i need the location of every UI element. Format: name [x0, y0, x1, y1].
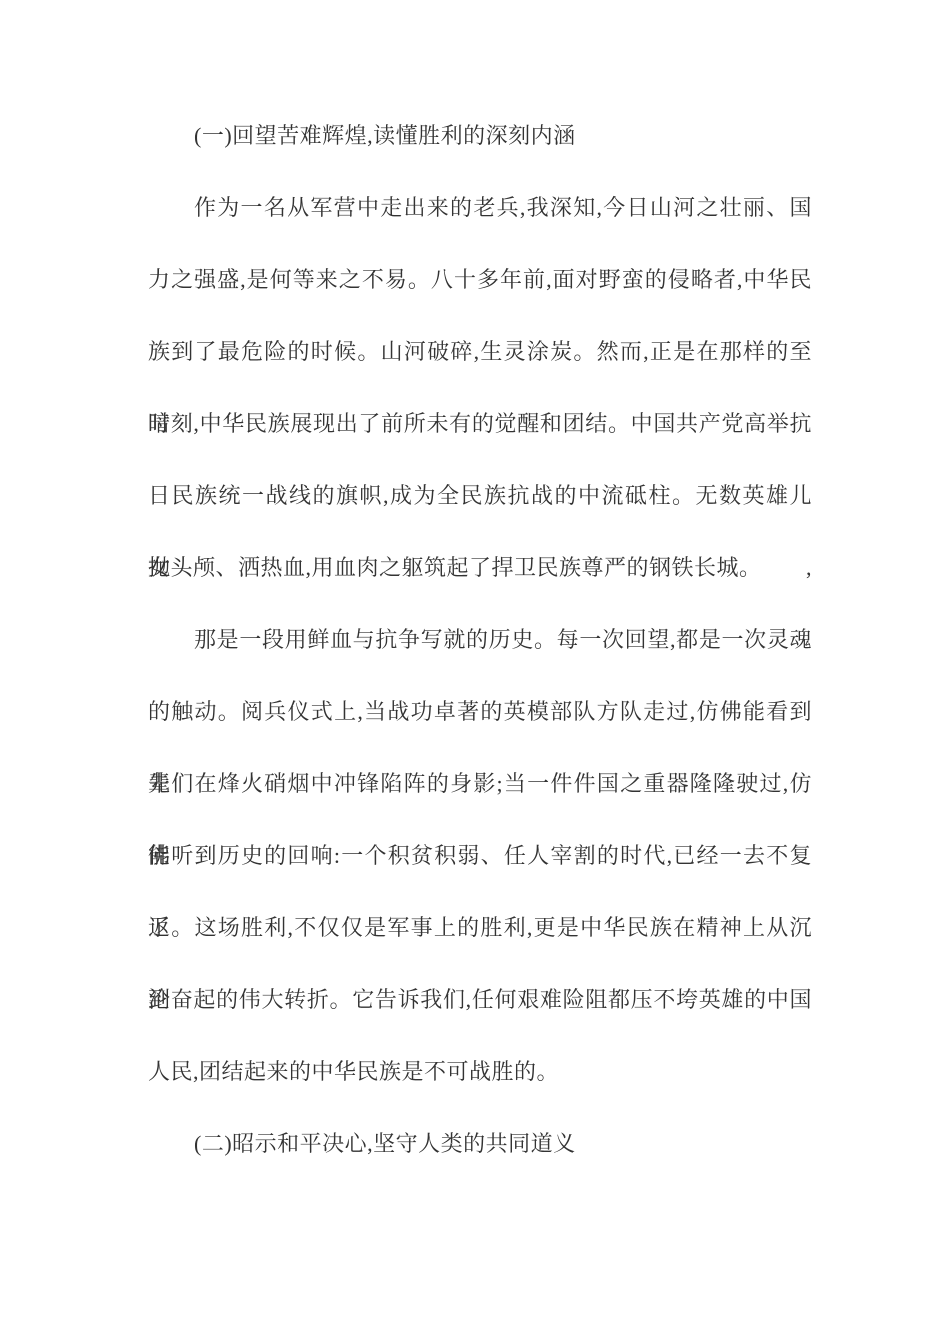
paragraph-2-line-4: 能听到历史的回响:一个积贫积弱、任人宰割的时代,已经一去不复返 — [148, 820, 812, 892]
paragraph-2-line-2: 的触动。阅兵仪式上,当战功卓著的英模部队方队走过,仿佛能看到先 — [148, 676, 812, 748]
paragraph-2-line-1: 那是一段用鲜血与抗争写就的历史。每一次回望,都是一次灵魂 — [148, 604, 812, 676]
paragraph-1-line-6: 抛头颅、洒热血,用血肉之躯筑起了捍卫民族尊严的钢铁长城。 — [148, 532, 812, 604]
paragraph-1-line-1: 作为一名从军营中走出来的老兵,我深知,今日山河之壮丽、国 — [148, 172, 812, 244]
document-body: (一)回望苦难辉煌,读懂胜利的深刻内涵 作为一名从军营中走出来的老兵,我深知,今… — [148, 100, 812, 1180]
paragraph-1-line-5: 日民族统一战线的旗帜,成为全民族抗战的中流砥柱。无数英雄儿女, — [148, 460, 812, 532]
document-page: (一)回望苦难辉煌,读懂胜利的深刻内涵 作为一名从军营中走出来的老兵,我深知,今… — [0, 0, 950, 1344]
paragraph-1-line-4: 时刻,中华民族展现出了前所未有的觉醒和团结。中国共产党高举抗 — [148, 388, 812, 460]
paragraph-2-line-5: 了。这场胜利,不仅仅是军事上的胜利,更是中华民族在精神上从沉沦 — [148, 892, 812, 964]
section-heading-2: (二)昭示和平决心,坚守人类的共同道义 — [148, 1108, 812, 1180]
section-heading-1: (一)回望苦难辉煌,读懂胜利的深刻内涵 — [148, 100, 812, 172]
paragraph-1-line-2: 力之强盛,是何等来之不易。八十多年前,面对野蛮的侵略者,中华民 — [148, 244, 812, 316]
paragraph-1-line-3: 族到了最危险的时候。山河破碎,生灵涂炭。然而,正是在那样的至暗 — [148, 316, 812, 388]
paragraph-2-line-6: 到奋起的伟大转折。它告诉我们,任何艰难险阻都压不垮英雄的中国 — [148, 964, 812, 1036]
paragraph-2-line-3: 辈们在烽火硝烟中冲锋陷阵的身影;当一件件国之重器隆隆驶过,仿佛 — [148, 748, 812, 820]
paragraph-2-line-7: 人民,团结起来的中华民族是不可战胜的。 — [148, 1036, 812, 1108]
